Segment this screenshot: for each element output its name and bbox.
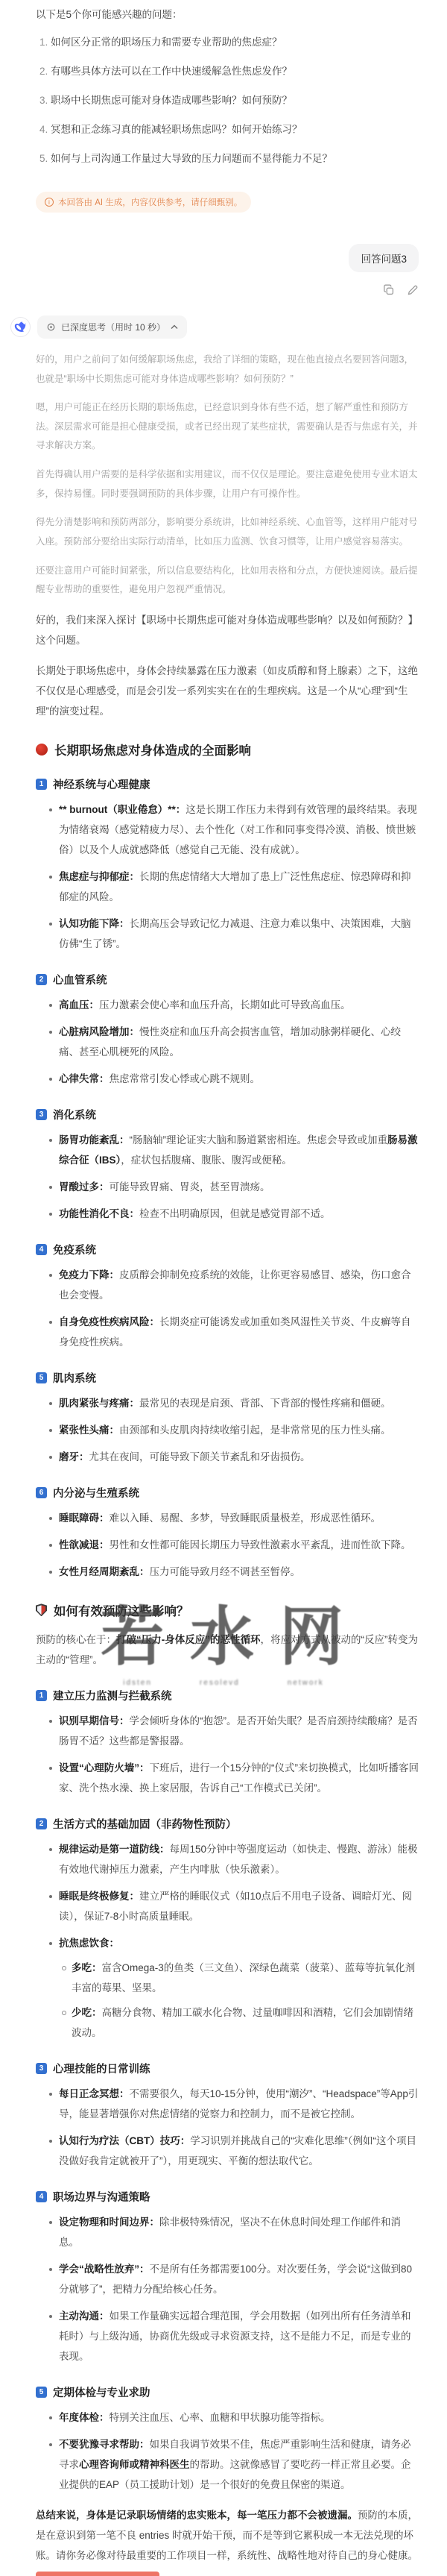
bold-text: 肌肉紧张与疼痛： — [59, 1398, 139, 1409]
bullet-list: ** burnout（职业倦怠）**：这是长期工作压力未得到有效管理的最终结果。… — [36, 799, 419, 954]
text-run: 男性和女性都可能因长期压力导致性激素水平紊乱，进而性欲下降。 — [110, 1539, 411, 1551]
bold-text: 自身免疫性疾病风险： — [59, 1316, 159, 1328]
copy-icon[interactable] — [383, 284, 395, 296]
number-badge-icon: 3 — [36, 2063, 47, 2074]
bullet-item: 肠胃功能紊乱：“肠脑轴”理论证实大脑和肠道紧密相连。焦虑会导致或加重肠易激综合征… — [49, 1130, 419, 1170]
suggested-questions-intro: 以下是5个你可能感兴趣的问题： — [36, 6, 419, 24]
sub-bullet-item: 少吃：高糖分食物、精加工碳水化合物、过量咖啡因和酒精，它们会加剧情绪波动。 — [62, 2002, 419, 2043]
subsection-heading-text: 免疫系统 — [53, 1242, 96, 1257]
ai-generated-notice: i 本回答由 AI 生成，内容仅供参考，请仔细甄别。 — [36, 192, 251, 213]
bold-text: 心脏病风险增加： — [59, 1026, 139, 1037]
sub-bullet-list: 多吃：富含Omega-3的鱼类（三文鱼）、深绿色蔬菜（菠菜）、蓝莓等抗氧化剂丰富… — [59, 1958, 419, 2043]
subsection-heading: 2生活方式的基础加固（非药物性预防） — [36, 1816, 419, 1832]
bullet-list: 高血压：压力激素会使心率和血压升高，长期如此可导致高血压。心脏病风险增加：慢性炎… — [36, 995, 419, 1089]
text-run: 如果工作量确实远超合理范围，学会用数据（如列出所有任务清单和耗时）与上级沟通，协… — [59, 2310, 411, 2362]
bullet-item: 功能性消化不良：检查不出明确原因，但就是感觉胃部不适。 — [49, 1204, 419, 1224]
bullet-item: 高血压：压力激素会使心率和血压升高，长期如此可导致高血压。 — [49, 995, 419, 1015]
bullet-item: 免疫力下降：皮质醇会抑制免疫系统的效能，让你更容易感冒、感染，伤口愈合也会变慢。 — [49, 1265, 419, 1305]
subsection-heading: 6内分泌与生殖系统 — [36, 1485, 419, 1501]
section-heading-text: 长期职场焦虑对身体造成的全面影响 — [54, 741, 251, 758]
subsection-heading: 5肌肉系统 — [36, 1370, 419, 1386]
number-badge-icon: 5 — [36, 1372, 47, 1383]
bold-text: 学会“战略性放弃”： — [59, 2264, 150, 2275]
bullet-item: 学会“战略性放弃”：不是所有任务都需要100分。对次要任务，学会说“这做到80分… — [49, 2259, 419, 2299]
text-run: ，症状包括腹痛、腹胀、腹泻或便秘。 — [121, 1155, 292, 1166]
suggested-questions-list: 如何区分正常的职场压力和需要专业帮助的焦虑症？有哪些具体方法可以在工作中快速缓解… — [36, 34, 419, 168]
bold-text: ** burnout（职业倦怠）**： — [59, 804, 186, 815]
bullet-item: 识别早期信号：学会倾听身体的“抱怨”。是否开始失眠？是否肩颈持续酸痛？是否肠胃不… — [49, 1711, 419, 1751]
bold-text: 识别早期信号： — [59, 1715, 130, 1727]
bullet-item: 睡眠是终极修复：建立严格的睡眠仪式（如10点后不用电子设备、调暗灯光、阅读），保… — [49, 1886, 419, 1926]
text-run: “肠脑轴”理论证实大脑和肠道紧密相连。焦虑会导致或加重 — [130, 1134, 388, 1146]
subsection-heading-text: 职场边界与沟通策略 — [53, 2189, 150, 2205]
subsection-heading-text: 生活方式的基础加固（非药物性预防） — [53, 1816, 237, 1832]
number-badge-icon: 1 — [36, 1690, 47, 1701]
subsection-heading: 2心血管系统 — [36, 972, 419, 987]
subsection-heading: 3心理技能的日常训练 — [36, 2061, 419, 2076]
suggested-question-item[interactable]: 如何与上司沟通工作量过大导致的压力问题而不显得能力不足？ — [51, 151, 419, 168]
bullet-item: 主动沟通：如果工作量确实远超合理范围，学会用数据（如列出所有任务清单和耗时）与上… — [49, 2306, 419, 2366]
deep-think-label: 已深度思考（用时 10 秒） — [61, 321, 165, 333]
chevron-up-icon — [171, 324, 178, 330]
subsection-heading-text: 建立压力监测与拦截系统 — [53, 1688, 172, 1703]
ai-generated-notice-text: 本回答由 AI 生成，内容仅供参考，请仔细甄别。 — [58, 196, 242, 208]
text-run: 焦虑常常引发心悸或心跳不规则。 — [110, 1073, 261, 1084]
bold-text: 心理咨询师或精神科医生 — [79, 2459, 190, 2470]
bold-text: 设置“心理防火墙”： — [59, 1762, 150, 1774]
bold-text: 女性月经周期紊乱： — [59, 1566, 150, 1577]
subsection-heading-text: 消化系统 — [53, 1107, 96, 1122]
section-heading: 如何有效预防这些影响？ — [36, 1601, 419, 1619]
subsection-heading-text: 心理技能的日常训练 — [53, 2061, 150, 2076]
text-run: 检查不出明确原因，但就是感觉胃部不适。 — [139, 1208, 331, 1219]
subsection-heading-text: 定期体检与专业求助 — [53, 2384, 150, 2400]
thinking-paragraph: 嗯，用户可能正在经历长期的职场焦虑，已经意识到身体有些不适，想了解严重性和预防方… — [36, 398, 419, 456]
deep-think-toggle[interactable]: 已深度思考（用时 10 秒） — [37, 315, 187, 339]
bold-text: 少吃： — [72, 2007, 102, 2018]
bold-text: 功能性消化不良： — [59, 1208, 139, 1219]
subsection-heading: 4免疫系统 — [36, 1242, 419, 1257]
bold-text: 心律失常： — [59, 1073, 110, 1084]
thinking-paragraph: 好的，用户之前问了如何缓解职场焦虑，我给了详细的策略，现在他直接点名要回答问题3… — [36, 351, 419, 389]
chat-scroll-area: 以下是5个你可能感兴趣的问题： 如何区分正常的职场压力和需要专业帮助的焦虑症？有… — [0, 0, 447, 2566]
thinking-paragraph: 还要注意用户可能时间紧张，所以信息要结构化，比如用表格和分点，方便快速阅读。最后… — [36, 562, 419, 600]
thinking-block: 好的，用户之前问了如何缓解职场焦虑，我给了详细的策略，现在他直接点名要回答问题3… — [36, 351, 419, 600]
info-icon: i — [45, 198, 54, 207]
deepseek-avatar — [10, 317, 31, 337]
answer-body: 好的，我们来深入探讨【职场中长期焦虑可能对身体造成哪些影响？以及如何预防？】这个… — [36, 610, 419, 2566]
bullet-list: 睡眠障碍：难以入睡、易醒、多梦，导致睡眠质量极差，形成恶性循环。性欲减退：男性和… — [36, 1508, 419, 1582]
bold-text: 紧张性头痛： — [59, 1424, 119, 1436]
bold-text: 睡眠是终极修复： — [59, 1891, 139, 1902]
subsection-heading: 4职场边界与沟通策略 — [36, 2189, 419, 2205]
bold-text: 高血压： — [59, 999, 99, 1011]
shield-icon — [36, 1603, 47, 1616]
bold-text: 多吃： — [72, 1962, 102, 1973]
bullet-list: 规律运动是第一道防线：每周150分钟中等强度运动（如快走、慢跑、游泳）能极有效地… — [36, 1839, 419, 2043]
bold-text: 年度体检： — [59, 2412, 110, 2423]
bold-text: 免疫力下降： — [59, 1269, 119, 1281]
red-circle-icon — [36, 744, 48, 755]
bullet-item: 认知行为疗法（CBT）技巧：学习识别并挑战自己的“灾难化思维”（例如“这个项目没… — [49, 2131, 419, 2171]
whale-logo-icon — [14, 321, 27, 333]
user-message-bubble: 回答问题3 — [349, 244, 419, 272]
paragraph: 总结来说，身体是记录职场情绪的忠实账本，每一笔压力都不会被遗漏。预防的本质，是在… — [36, 2505, 419, 2566]
bold-text: 肠胃功能紊乱： — [59, 1134, 130, 1146]
bold-text: 不要犹豫寻求帮助： — [59, 2439, 150, 2450]
bullet-item: 性欲减退：男性和女性都可能因长期压力导致性激素水平紊乱，进而性欲下降。 — [49, 1535, 419, 1555]
number-badge-icon: 4 — [36, 1244, 47, 1255]
bullet-item: 肌肉紧张与疼痛：最常见的表现是肩颈、背部、下背部的慢性疼痛和僵硬。 — [49, 1393, 419, 1413]
bullet-item: 每日正念冥想：不需要很久，每天10-15分钟，使用“潮汐”、“Headspace… — [49, 2084, 419, 2124]
number-badge-icon: 1 — [36, 779, 47, 790]
bullet-item: ** burnout（职业倦怠）**：这是长期工作压力未得到有效管理的最终结果。… — [49, 799, 419, 860]
suggested-question-item[interactable]: 职场中长期焦虑可能对身体造成哪些影响？如何预防？ — [51, 92, 419, 110]
text-run: 长期处于职场焦虑中，身体会持续暴露在压力激素（如皮质醇和肾上腺素）之下，这绝不仅… — [36, 665, 418, 717]
bullet-item: 规律运动是第一道防线：每周150分钟中等强度运动（如快走、慢跑、游泳）能极有效地… — [49, 1839, 419, 1879]
number-badge-icon: 4 — [36, 2191, 47, 2202]
subsection-heading: 1建立压力监测与拦截系统 — [36, 1688, 419, 1703]
bullet-list: 设定物理和时间边界：除非极特殊情况，坚决不在休息时间处理工作邮件和消息。学会“战… — [36, 2212, 419, 2366]
text-run: 预防的核心在于： — [36, 1634, 116, 1645]
bullet-item: 设定物理和时间边界：除非极特殊情况，坚决不在休息时间处理工作邮件和消息。 — [49, 2212, 419, 2252]
thinking-paragraph: 得先分清楚影响和预防两部分，影响要分系统讲，比如神经系统、心血管等，这样用户能对… — [36, 513, 419, 551]
number-badge-icon: 3 — [36, 1109, 47, 1120]
bold-text: 焦虑症与抑郁症： — [59, 871, 139, 882]
subsection-heading-text: 心血管系统 — [53, 972, 107, 987]
number-badge-icon: 2 — [36, 1818, 47, 1829]
bold-text: 胃酸过多： — [59, 1181, 110, 1193]
bold-text: 规律运动是第一道防线： — [59, 1844, 170, 1855]
bold-text: 磨牙： — [59, 1451, 89, 1463]
text-run: 富含Omega-3的鱼类（三文鱼）、深绿色蔬菜（菠菜）、蓝莓等抗氧化剂丰富的莓果… — [72, 1962, 415, 1994]
subsection-heading: 3消化系统 — [36, 1107, 419, 1122]
number-badge-icon: 5 — [36, 2387, 47, 2398]
text-run: 特别关注血压、心率、血糖和甲状腺功能等指标。 — [110, 2412, 331, 2423]
bullet-item: 磨牙：尤其在夜间，可能导致下颌关节紊乱和牙齿损伤。 — [49, 1447, 419, 1467]
bullet-item: 设置“心理防火墙”：下班后，进行一个15分钟的“仪式”来切换模式，比如听播客回家… — [49, 1758, 419, 1798]
section-heading: 长期职场焦虑对身体造成的全面影响 — [36, 741, 419, 758]
bullet-item: 不要犹豫寻求帮助：如果自我调节效果不佳，焦虑严重影响生活和健康，请务必寻求心理咨… — [49, 2434, 419, 2495]
bullet-item: 自身免疫性疾病风险：长期炎症可能诱发或加重如类风湿性关节炎、牛皮癣等自身免疫性疾… — [49, 1312, 419, 1352]
bullet-list: 年度体检：特别关注血压、心率、血糖和甲状腺功能等指标。不要犹豫寻求帮助：如果自我… — [36, 2407, 419, 2495]
paragraph: 好的，我们来深入探讨【职场中长期焦虑可能对身体造成哪些影响？以及如何预防？】这个… — [36, 610, 419, 650]
text-run: 难以入睡、易醒、多梦，导致睡眠质量极差，形成恶性循环。 — [110, 1512, 381, 1524]
bullet-list: 肠胃功能紊乱：“肠脑轴”理论证实大脑和肠道紧密相连。焦虑会导致或加重肠易激综合征… — [36, 1130, 419, 1224]
bullet-item: 紧张性头痛：由颈部和头皮肌肉持续收缩引起，是非常常见的压力性头痛。 — [49, 1420, 419, 1440]
subsection-heading-text: 神经系统与心理健康 — [53, 776, 150, 792]
subsection-heading-text: 内分泌与生殖系统 — [53, 1485, 139, 1501]
bullet-list: 免疫力下降：皮质醇会抑制免疫系统的效能，让你更容易感冒、感染，伤口愈合也会变慢。… — [36, 1265, 419, 1352]
suggested-question-item[interactable]: 冥想和正念练习真的能减轻职场焦虑吗？如何开始练习？ — [51, 122, 419, 139]
paragraph: 预防的核心在于：打破“压力-身体反应”的恶性循环，将应对方式从被动的“反应”转变… — [36, 1630, 419, 1670]
bold-text: 睡眠障碍： — [59, 1512, 110, 1524]
bold-text: 认知行为疗法（CBT）技巧： — [59, 2135, 190, 2146]
number-badge-icon: 2 — [36, 974, 47, 985]
deep-think-icon — [46, 322, 56, 332]
suggested-question-item[interactable]: 如何区分正常的职场压力和需要专业帮助的焦虑症？ — [51, 34, 419, 51]
bullet-list: 识别早期信号：学会倾听身体的“抱怨”。是否开始失眠？是否肩颈持续酸痛？是否肠胃不… — [36, 1711, 419, 1798]
bullet-item: 胃酸过多：可能导致胃痛、胃炎，甚至胃溃疡。 — [49, 1177, 419, 1197]
text-run: 最常见的表现是肩颈、背部、下背部的慢性疼痛和僵硬。 — [139, 1398, 391, 1409]
bullet-item: 女性月经周期紊乱：压力可能导致月经不调甚至暂停。 — [49, 1562, 419, 1582]
subsection-heading: 5定期体检与专业求助 — [36, 2384, 419, 2400]
bullet-item: 抗焦虑饮食：多吃：富含Omega-3的鱼类（三文鱼）、深绿色蔬菜（菠菜）、蓝莓等… — [49, 1933, 419, 2043]
section-heading-text: 如何有效预防这些影响？ — [54, 1601, 189, 1619]
bold-text: 认知功能下降： — [59, 918, 130, 929]
subsection-heading: 1神经系统与心理健康 — [36, 776, 419, 792]
text-run: 由颈部和头皮肌肉持续收缩引起，是非常常见的压力性头痛。 — [119, 1424, 391, 1436]
bullet-item: 心律失常：焦虑常常引发心悸或心跳不规则。 — [49, 1069, 419, 1089]
bullet-item: 睡眠障碍：难以入睡、易醒、多梦，导致睡眠质量极差，形成恶性循环。 — [49, 1508, 419, 1528]
cutoff-element — [36, 2572, 159, 2576]
text-run: 尤其在夜间，可能导致下颌关节紊乱和牙齿损伤。 — [89, 1451, 311, 1463]
number-badge-icon: 6 — [36, 1487, 47, 1498]
thinking-paragraph: 首先得确认用户需要的是科学依据和实用建议，而不仅仅是理论。要注意避免使用专业术语… — [36, 465, 419, 503]
text-run: 高糖分食物、精加工碳水化合物、过量咖啡因和酒精，它们会加剧情绪波动。 — [72, 2007, 413, 2038]
bullet-item: 年度体检：特别关注血压、心率、血糖和甲状腺功能等指标。 — [49, 2407, 419, 2428]
bold-text: 抗焦虑饮食： — [59, 1938, 119, 1949]
bold-text: 性欲减退： — [59, 1539, 110, 1551]
subsection-heading-text: 肌肉系统 — [53, 1370, 96, 1386]
bold-text: 总结来说，身体是记录职场情绪的忠实账本，每一笔压力都不会被遗漏。 — [36, 2510, 358, 2521]
bold-text: 打破“压力-身体反应”的恶性循环 — [116, 1634, 261, 1645]
paragraph: 长期处于职场焦虑中，身体会持续暴露在压力激素（如皮质醇和肾上腺素）之下，这绝不仅… — [36, 661, 419, 721]
bold-text: 每日正念冥想： — [59, 2088, 130, 2099]
edit-icon[interactable] — [407, 284, 419, 296]
text-run: 压力激素会使心率和血压升高，长期如此可导致高血压。 — [99, 999, 351, 1011]
text-run: 好的，我们来深入探讨【职场中长期焦虑可能对身体造成哪些影响？以及如何预防？】这个… — [36, 615, 418, 646]
bold-text: 设定物理和时间边界： — [59, 2217, 159, 2228]
bullet-list: 每日正念冥想：不需要很久，每天10-15分钟，使用“潮汐”、“Headspace… — [36, 2084, 419, 2171]
suggested-question-item[interactable]: 有哪些具体方法可以在工作中快速缓解急性焦虑发作？ — [51, 63, 419, 81]
bullet-item: 认知功能下降：长期高压会导致记忆力减退、注意力难以集中、决策困难，大脑仿佛“生了… — [49, 914, 419, 954]
message-actions — [36, 284, 419, 296]
bullet-item: 心脏病风险增加：慢性炎症和血压升高会损害血管，增加动脉粥样硬化、心绞痛、甚至心肌… — [49, 1022, 419, 1062]
text-run: 压力可能导致月经不调甚至暂停。 — [150, 1566, 301, 1577]
bullet-item: 焦虑症与抑郁症：长期的焦虑情绪大大增加了患上广泛性焦虑症、惊恐障碍和抑郁症的风险… — [49, 867, 419, 907]
suggested-questions: 以下是5个你可能感兴趣的问题： 如何区分正常的职场压力和需要专业帮助的焦虑症？有… — [36, 6, 419, 168]
text-run: 可能导致胃痛、胃炎，甚至胃溃疡。 — [110, 1181, 270, 1193]
sub-bullet-item: 多吃：富含Omega-3的鱼类（三文鱼）、深绿色蔬菜（菠菜）、蓝莓等抗氧化剂丰富… — [62, 1958, 419, 1998]
bullet-list: 肌肉紧张与疼痛：最常见的表现是肩颈、背部、下背部的慢性疼痛和僵硬。紧张性头痛：由… — [36, 1393, 419, 1467]
bold-text: 主动沟通： — [59, 2310, 110, 2322]
